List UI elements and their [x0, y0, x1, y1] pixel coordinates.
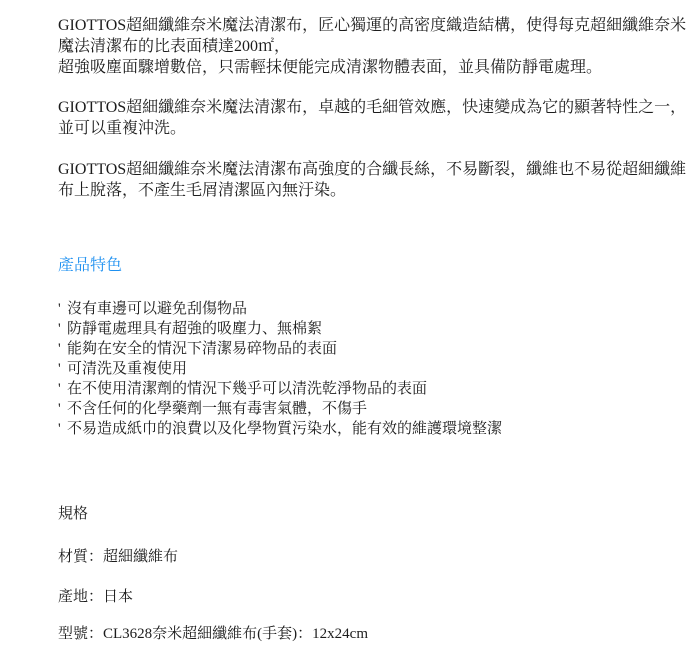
paragraph-line: 並可以重複沖洗。: [58, 118, 660, 139]
feature-item: '防靜電處理具有超強的吸塵力、無棉絮: [58, 319, 660, 339]
spec-row-origin: 產地：日本: [58, 587, 660, 608]
bullet-marker: ': [58, 419, 67, 439]
bullet-marker: ': [58, 299, 67, 319]
paragraph-line: GIOTTOS超細纖維奈米魔法清潔布高強度的合纖長絲，不易斷裂，纖維也不易從超細…: [58, 159, 660, 180]
feature-item: '不易造成紙巾的浪費以及化學物質污染水，能有效的維護環境整潔: [58, 419, 660, 439]
feature-item: '能夠在安全的情況下清潔易碎物品的表面: [58, 339, 660, 359]
bullet-marker: ': [58, 339, 67, 359]
features-list: '沒有車邊可以避免刮傷物品 '防靜電處理具有超強的吸塵力、無棉絮 '能夠在安全的…: [58, 299, 660, 439]
paragraph-line: 超強吸塵面驟增數倍，只需輕抹便能完成清潔物體表面，並具備防靜電處理。: [58, 57, 660, 78]
bullet-marker: ': [58, 379, 67, 399]
feature-item: '沒有車邊可以避免刮傷物品: [58, 299, 660, 319]
paragraph-line: 魔法清潔布的比表面積達200㎡，: [58, 36, 660, 57]
feature-item-text: 在不使用清潔劑的情況下幾乎可以清洗乾淨物品的表面: [67, 381, 427, 397]
intro-paragraph-3: GIOTTOS超細纖維奈米魔法清潔布高強度的合纖長絲，不易斷裂，纖維也不易從超細…: [58, 159, 660, 201]
feature-item-text: 不含任何的化學藥劑一無有毒害氣體，不傷手: [67, 401, 367, 417]
feature-item-text: 沒有車邊可以避免刮傷物品: [67, 301, 247, 317]
spec-row-model: 型號：CL3628奈米超細纖維布(手套)：12x24cm: [58, 624, 660, 645]
intro-paragraph-1: GIOTTOS超細纖維奈米魔法清潔布，匠心獨運的高密度織造結構，使得每克超細纖維…: [58, 15, 660, 78]
bullet-marker: ': [58, 359, 67, 379]
product-description-page: GIOTTOS超細纖維奈米魔法清潔布，匠心獨運的高密度織造結構，使得每克超細纖維…: [0, 0, 700, 645]
feature-item: '在不使用清潔劑的情況下幾乎可以清洗乾淨物品的表面: [58, 379, 660, 399]
feature-item: '可清洗及重複使用: [58, 359, 660, 379]
paragraph-line: 布上脫落，不產生毛屑清潔區內無汙染。: [58, 180, 660, 201]
feature-item-text: 防靜電處理具有超強的吸塵力、無棉絮: [67, 321, 322, 337]
feature-item-text: 能夠在安全的情況下清潔易碎物品的表面: [67, 341, 337, 357]
paragraph-line: GIOTTOS超細纖維奈米魔法清潔布，卓越的毛細管效應，快速變成為它的顯著特性之…: [58, 97, 660, 118]
spec-row-material: 材質：超細纖維布: [58, 547, 660, 568]
features-section-title: 產品特色: [58, 255, 660, 276]
specs-section-title: 規格: [58, 504, 660, 525]
paragraph-line: GIOTTOS超細纖維奈米魔法清潔布，匠心獨運的高密度織造結構，使得每克超細纖維…: [58, 15, 660, 36]
bullet-marker: ': [58, 319, 67, 339]
feature-item-text: 可清洗及重複使用: [67, 361, 187, 377]
intro-paragraph-2: GIOTTOS超細纖維奈米魔法清潔布，卓越的毛細管效應，快速變成為它的顯著特性之…: [58, 97, 660, 139]
feature-item: '不含任何的化學藥劑一無有毒害氣體，不傷手: [58, 399, 660, 419]
bullet-marker: ': [58, 399, 67, 419]
feature-item-text: 不易造成紙巾的浪費以及化學物質污染水，能有效的維護環境整潔: [67, 421, 502, 437]
